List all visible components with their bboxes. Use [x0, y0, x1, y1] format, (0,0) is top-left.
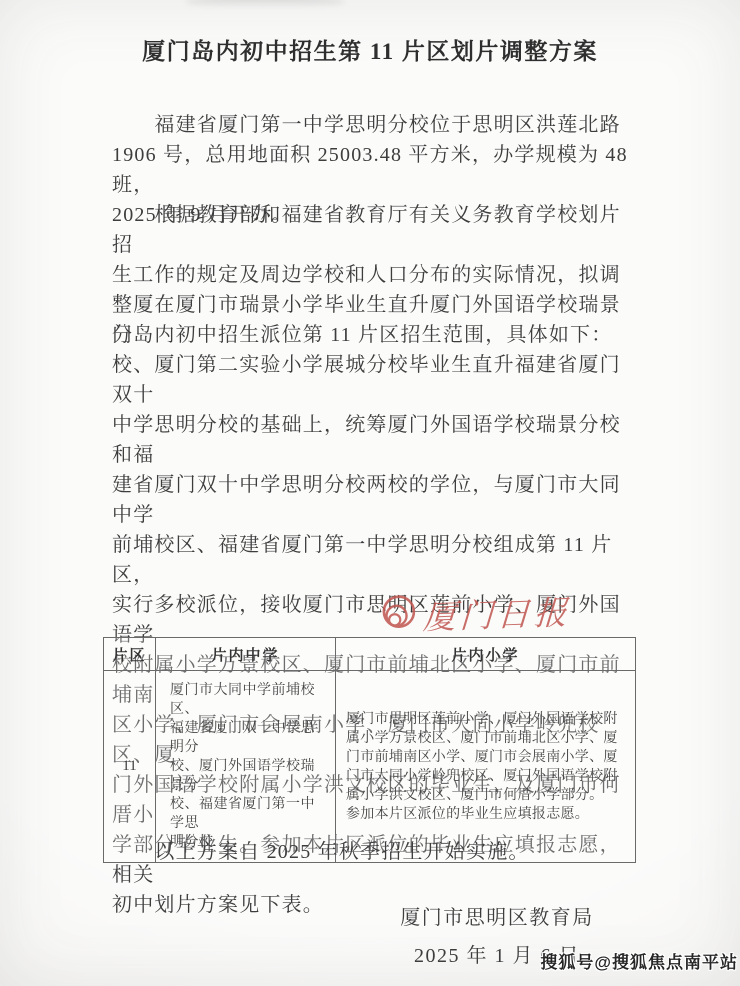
xiamen-daily-stamp: 厦门日报	[379, 587, 572, 641]
stamp-text: 厦门日报	[422, 587, 572, 639]
cell-middle-schools: 厦门市大同中学前埔校区、 福建省厦门双十中学思明分 校、厦门外国语学校瑞景分 校…	[156, 671, 336, 863]
header-district: 片区	[104, 638, 156, 671]
table-row: 11 厦门市大同中学前埔校区、 福建省厦门双十中学思明分 校、厦门外国语学校瑞景…	[104, 671, 636, 863]
paragraph-effective-date: 以上方案自 2025 年秋季招生开始实施。	[112, 837, 634, 867]
sohu-watermark: 搜狐号@搜狐焦点南平站	[540, 948, 738, 973]
signature-agency: 厦门市思明区教育局	[388, 901, 606, 930]
zone-assignment-table: 片区 片内中学 片内小学 11 厦门市大同中学前埔校区、 福建省厦门双十中学思明…	[103, 637, 636, 863]
document-photo: 厦门岛内初中招生第 11 片区划片调整方案 福建省厦门第一中学思明分校位于思明区…	[0, 0, 740, 986]
cell-primary-schools: 厦门市思明区莲前小学、厦门外国语学校附 属小学万景校区、厦门市前埔北区小学、厦 …	[336, 671, 636, 863]
cell-district-number: 11	[104, 671, 156, 863]
header-middle-schools: 片内中学	[156, 638, 336, 671]
document-title: 厦门岛内初中招生第 11 片区划片调整方案	[0, 33, 740, 66]
header-primary-schools: 片内小学	[336, 638, 636, 671]
spiral-logo-icon	[379, 592, 417, 640]
photo-artifact-smudge	[185, 0, 345, 8]
table-header-row: 片区 片内中学 片内小学	[104, 638, 636, 671]
